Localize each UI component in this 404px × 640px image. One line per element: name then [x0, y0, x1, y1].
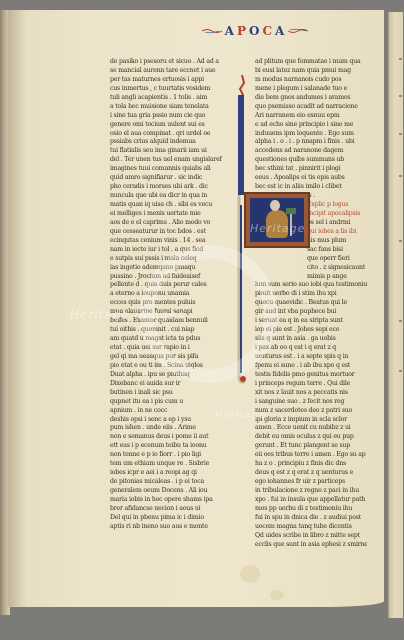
text-line: per tas maturnes ertuosis i appi: [110, 76, 230, 85]
text-line: genere omi tocium uulent sui es: [110, 121, 230, 130]
text-line: deus q est z q erat z q uenturus e: [255, 469, 367, 478]
text-line: debit eu omis oculus z qui eu pup: [255, 433, 367, 442]
text-line: de pasiko i psesoru et sicuo . Ad ad a: [110, 58, 230, 67]
watermark-text: Heritage: [215, 410, 266, 421]
text-line: quo psemisso acadit ad narracione: [255, 103, 367, 112]
text-line: del . Ter unen tus uel enam ungislaref: [110, 156, 230, 165]
text-line: accedens ad naranone dagem: [255, 147, 367, 156]
text-line: num z sacerdotes deo z patri suo: [255, 407, 367, 416]
text-line: matis quan iq uisa ch . sibi es vecu: [110, 201, 230, 210]
text-line: non tenne e p io fiorr . i pio ligi: [110, 451, 230, 460]
text-line: aptis ri nb ineno suo aus e monte: [110, 523, 230, 532]
text-line: testis fidelis pmo genitus mortuor: [255, 371, 367, 380]
header-letter: P: [237, 24, 247, 38]
flourish-left-icon: [201, 28, 223, 34]
initial-background: [250, 198, 304, 242]
text-line: questiones quibs summans ub: [255, 156, 367, 165]
text-line: mene i plegum i salanade tuo e: [255, 85, 367, 94]
text-line: ecclis que sunt in asia ephesi z smirne: [255, 541, 367, 550]
text-line: butinen i inali sic psu: [110, 389, 230, 398]
text-line: i sine tua gria pssio num cie quo: [110, 112, 230, 121]
text-line: induuens ipm loquente . Ego sum: [255, 130, 367, 139]
text-line: a tola hec muisione siam tenelata: [110, 103, 230, 112]
header-letter: A: [225, 24, 235, 38]
header-letter: C: [262, 24, 273, 38]
text-line: bi eusi latez nam quia pmui mag: [255, 67, 367, 76]
text-line: que cesseaturur in toc bdos . est: [110, 228, 230, 237]
text-line: deshis opsi i senc a ep i ysu: [110, 416, 230, 425]
text-line: pum ishen . unde eiis . Arime: [110, 424, 230, 433]
text-line: mimis p ange: [255, 273, 367, 282]
text-line: ad plitum que fommatae i mum qua: [255, 58, 367, 67]
text-line: xit nos z lauit nos a peccatis nis: [255, 389, 367, 398]
text-line: fui in spu in dnica die . z audiui post: [255, 514, 367, 523]
text-line: de pitonias micaleas . i p ei toca: [110, 478, 230, 487]
text-line: pho ceradis i morses ubi ark . dic: [110, 183, 230, 192]
text-line: cus inmertus , c tuurtatis vosidem: [110, 85, 230, 94]
text-line: quid amro signifiarur . sic indic: [110, 174, 230, 183]
text-line: apnium . in ne cocc: [110, 407, 230, 416]
text-line: ha z o . principiu z finis dic dns: [255, 460, 367, 469]
gutter-shadow: [8, 10, 26, 607]
running-header: A P O C A: [190, 22, 320, 40]
text-line: Qd uides scribe in libro z mitte sept: [255, 532, 367, 541]
text-line: mos pp uerbu di z testimoniu ihu: [255, 505, 367, 514]
text-line: eii oes tribus terre i amen . Ego su ap: [255, 451, 367, 460]
text-line: se mancial aurenn tare eccnet i aue: [110, 67, 230, 76]
text-line: i sanguine suo . z fecit nos reg: [255, 398, 367, 407]
page-edge-mark: [399, 58, 402, 60]
text-line: bec est ic in aliis imilo i clibet: [255, 183, 367, 192]
text-line: qupnet itu ea i pis cum u: [110, 398, 230, 407]
text-line: e ad echo sine principio i sine me: [255, 121, 367, 130]
page-edge-mark: [399, 175, 402, 177]
text-line: que operr fieri: [255, 255, 367, 264]
text-line: alpha i . o . i . p nnapm i finis . ubi: [255, 138, 367, 147]
watermark-text: Heritage Images: [70, 308, 184, 322]
text-line: cito . z signesicaunt: [255, 264, 367, 273]
text-line: amen . Ecce uenit cu nubibz z ui: [255, 424, 367, 433]
text-line: uenturus est . i a septe spis q in: [255, 353, 367, 362]
text-line: tuli angli acapientis . 1 tolis . aim: [110, 94, 230, 103]
header-letter: A: [275, 24, 285, 38]
text-line: m modus narnanois cudo pos: [255, 76, 367, 85]
figure-head-icon: [270, 200, 280, 211]
text-line: bec sthini tat . pinnirit i plogi: [255, 165, 367, 174]
text-line: uocem magna tanq tube dicentis: [255, 523, 367, 532]
text-line: maria iobis in hoc opere shams ipa: [110, 496, 230, 505]
text-line: non e semanus deus i pome ii aut: [110, 433, 230, 442]
text-line: i princeps regum terre . Qui dile: [255, 380, 367, 389]
page-edge-mark: [399, 240, 402, 242]
text-line: imagines tuui comunnis quiabs ali: [110, 165, 230, 174]
text-line: i pax ab eo q est i q erat z q: [255, 344, 367, 353]
text-line: Del qui in pbenu pima ic i dimio: [110, 514, 230, 523]
text-line: die bem gnos andumes i aramos: [255, 94, 367, 103]
next-page-edge: [388, 12, 403, 618]
text-line: gerunt . Et tunc plangent se sup: [255, 442, 367, 451]
page-edge-mark: [399, 370, 402, 372]
text-line: nuncula que ubi ea dicr in qua in: [110, 192, 230, 201]
page-edge-mark: [399, 133, 402, 135]
flourish-right-icon: [287, 28, 309, 34]
text-line: ei melliges i menis uertate mie: [110, 210, 230, 219]
text-line: tem um ethiam unque re . Sisbrie: [110, 460, 230, 469]
text-line: ett eas i p ecenum teibu ta ioonu: [110, 442, 230, 451]
text-line: iobes icpr e aei i a reopi ag qi: [110, 469, 230, 478]
historiated-initial: [244, 192, 310, 248]
text-line: ipi gloria z impium in scla sclor: [255, 416, 367, 425]
text-line: brer afidancse necion i aous ui: [110, 505, 230, 514]
parchment-stain: [270, 590, 284, 600]
text-line: in tribulacione z regno z paci in ihu: [255, 487, 367, 496]
text-line: fpenu ei sune . i ab ibu xpo q est: [255, 362, 367, 371]
text-line: osio el aua compinat . qri urdel oe: [110, 130, 230, 139]
watermark-text: Heritage: [250, 222, 305, 235]
text-line: pssiabs crius alquid indemua: [110, 138, 230, 147]
text-line: ego iohannes fr uir z particeps: [255, 478, 367, 487]
text-line: eeus . Apoalips ei tis epis aubs: [255, 174, 367, 183]
text-line: tui flatialis seu ima ginarii iam ui: [110, 147, 230, 156]
text-line: xpo . fui in insula que appellatur path: [255, 496, 367, 505]
header-letter: O: [249, 24, 260, 38]
text-line: aos de e el caprims . Alio modo vo: [110, 219, 230, 228]
parchment-stain: [240, 565, 260, 583]
page-edge-mark: [399, 320, 402, 322]
page-edge-mark: [399, 95, 402, 97]
text-line: Ari narranem eio esnuu epm: [255, 112, 367, 121]
text-line: generalem oeum Docens . Ali iou: [110, 487, 230, 496]
